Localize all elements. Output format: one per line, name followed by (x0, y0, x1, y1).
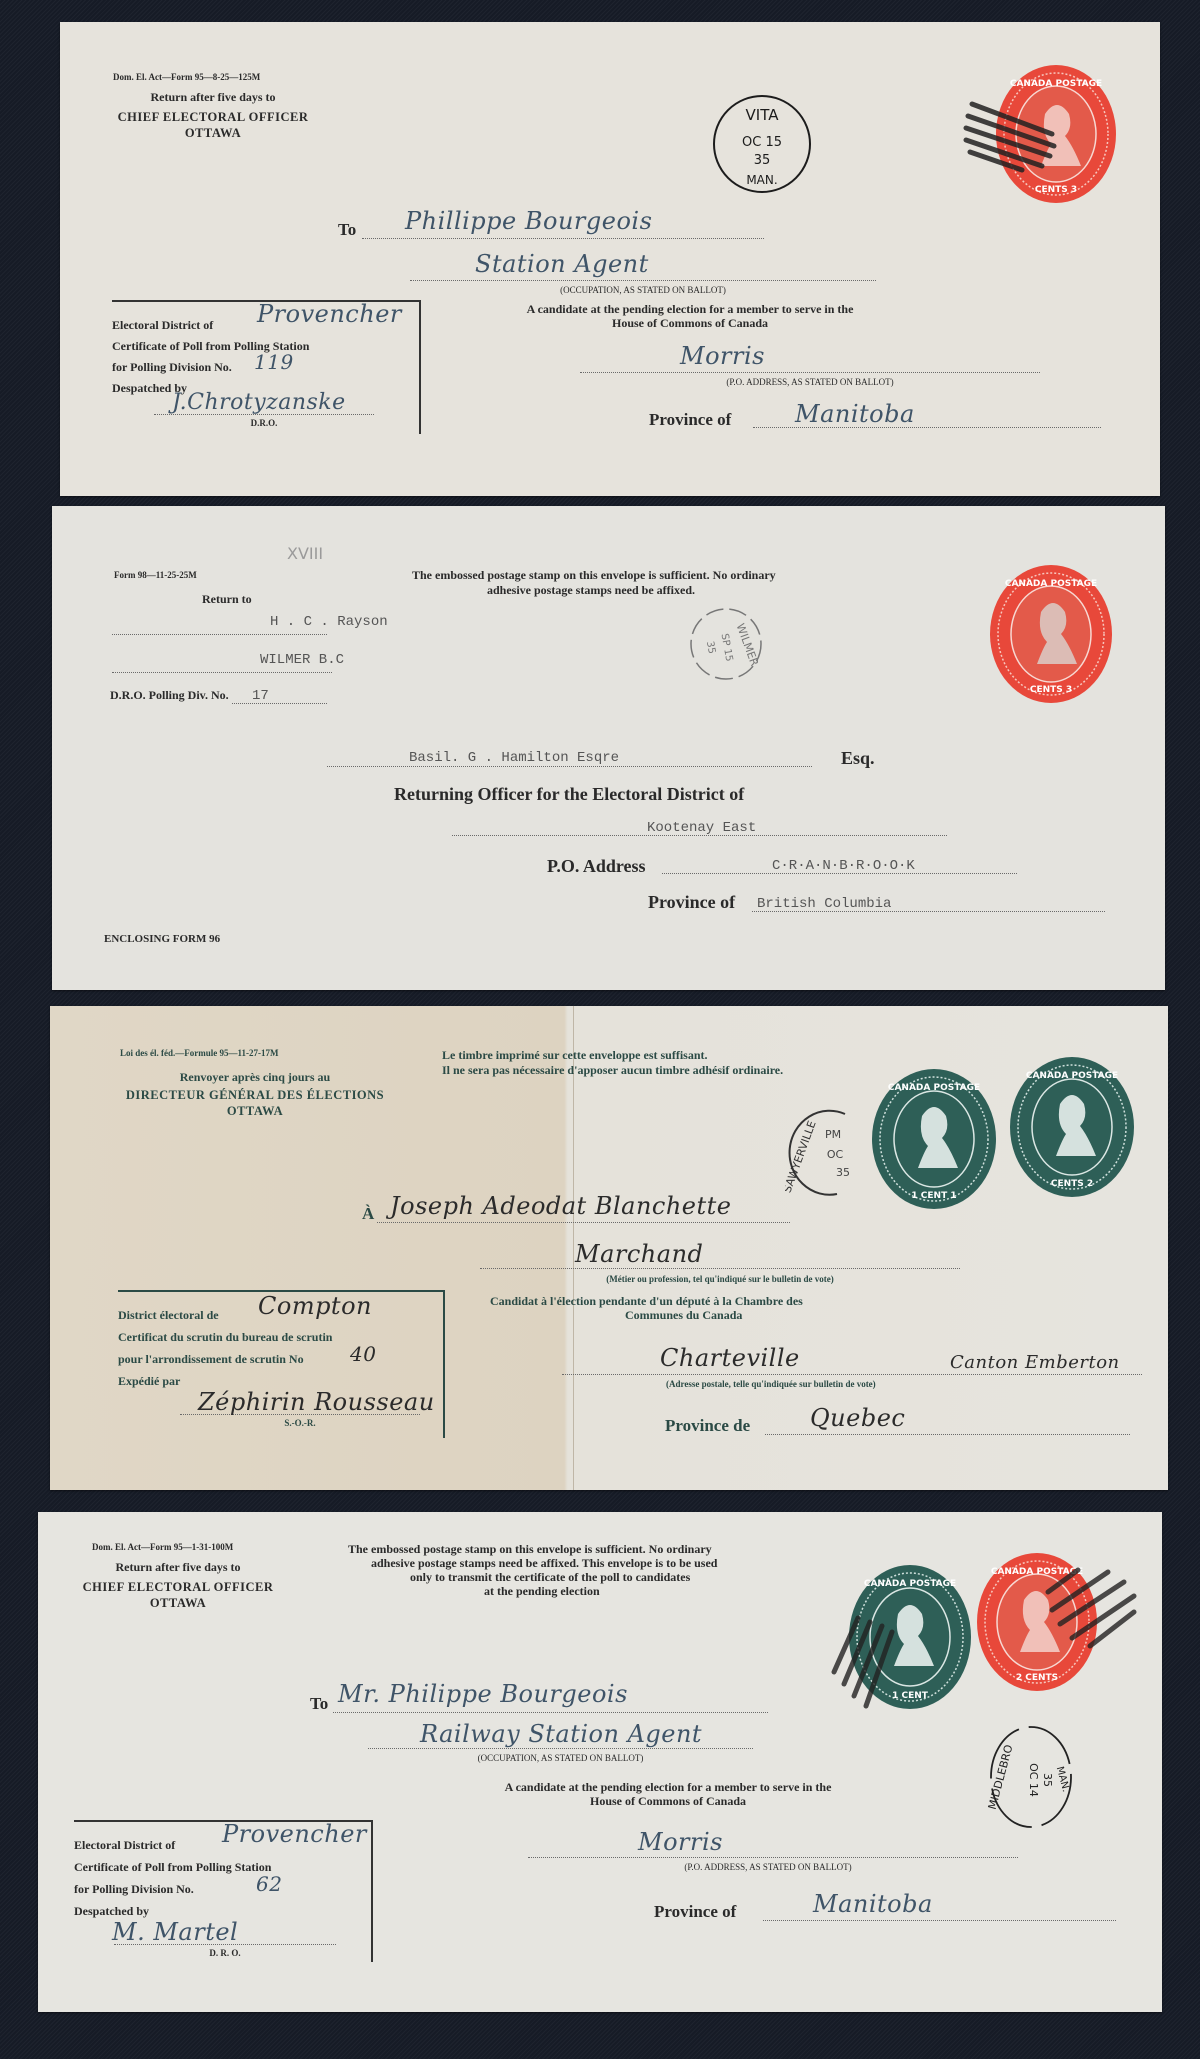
postmark-middlebro: MIDDLEBRO OC 14 35 MAN. (986, 1722, 1076, 1832)
signature-handwritten: Zéphirin Rousseau (198, 1388, 435, 1416)
notice-line-4: at the pending election (484, 1584, 600, 1599)
return-city: OTTAWA (100, 1104, 410, 1119)
po-address-typed: C·R·A·N·B·R·O·O·K (772, 858, 915, 874)
svg-text:CANADA POSTAGE: CANADA POSTAGE (864, 1579, 956, 1589)
candidate-line-2: House of Commons of Canada (388, 1794, 948, 1809)
cancellation-bars-red (1038, 1562, 1138, 1652)
addressee-handwritten: Joseph Adeodat Blanchette (390, 1192, 732, 1220)
polling-no-typed: 17 (252, 688, 269, 704)
candidate-line-1: A candidate at the pending election for … (410, 302, 970, 317)
signature-caption: S.-O.-R. (180, 1418, 420, 1428)
district-label: Electoral District of (112, 318, 213, 333)
occupation-handwritten: Railway Station Agent (420, 1720, 702, 1748)
return-place-typed: WILMER B.C (260, 652, 344, 668)
envelope-3: Loi des él. féd.—Formule 95—11-27-17M Re… (50, 1006, 1168, 1490)
district-typed: Kootenay East (647, 820, 756, 836)
envelope-2: Form 98—11-25-25M XVIII The embossed pos… (52, 506, 1165, 990)
occupation-caption: (OCCUPATION, AS STATED ON BALLOT) (368, 1753, 753, 1763)
district-handwritten: Provencher (222, 1820, 367, 1848)
envelope-4: Dom. El. Act—Form 95—1-31-100M Return af… (38, 1512, 1162, 2012)
signature-caption: D. R. O. (114, 1948, 336, 1958)
candidate-line-2: House of Commons of Canada (410, 316, 970, 331)
division-label: for Polling Division No. (74, 1882, 194, 1897)
district-handwritten: Provencher (257, 300, 402, 328)
province-handwritten: Manitoba (813, 1890, 933, 1918)
certificate-box: Electoral District of Provencher Certifi… (112, 300, 421, 434)
return-org: CHIEF ELECTORAL OFFICER (68, 1580, 288, 1595)
po-label: P.O. Address (547, 856, 646, 877)
postmark-wilmer: WILMER SP 15 35 (688, 606, 764, 682)
svg-text:SP 15: SP 15 (719, 633, 735, 663)
province-label: Province of (649, 410, 731, 430)
form-number: Dom. El. Act—Form 95—8-25—125M (113, 72, 260, 82)
despatched-label: Expédié par (118, 1374, 180, 1389)
notice-line-3: only to transmit the certificate of the … (410, 1570, 690, 1585)
notice-line-1: The embossed postage stamp on this envel… (412, 568, 776, 583)
postmark-sawyerville: SAWYERVILLE PM OC 35 (785, 1106, 871, 1198)
candidate-line-2: Communes du Canada (625, 1308, 742, 1323)
occupation-handwritten: Station Agent (475, 250, 649, 278)
district-label: District électoral de (118, 1308, 219, 1323)
to-label: To (338, 220, 356, 240)
return-line: Renvoyer après cinq jours au (100, 1070, 410, 1085)
po-address-handwritten: Morris (638, 1828, 723, 1856)
province-label: Province of (648, 892, 735, 913)
form-number: Form 98—11-25-25M (114, 570, 197, 580)
svg-text:CENTS 3: CENTS 3 (1035, 185, 1077, 195)
addressee-handwritten: Mr. Philippe Bourgeois (338, 1680, 628, 1708)
svg-text:CENTS 3: CENTS 3 (1030, 685, 1072, 695)
addressee-handwritten: Phillippe Bourgeois (405, 207, 652, 235)
division-label: for Polling Division No. (112, 360, 232, 375)
candidate-line-1: A candidate at the pending election for … (388, 1780, 948, 1795)
division-handwritten: 119 (254, 350, 294, 374)
svg-text:35: 35 (704, 640, 717, 654)
svg-text:1 CENT 1: 1 CENT 1 (911, 1191, 956, 1201)
enclosing-form: ENCLOSING FORM 96 (104, 933, 220, 945)
svg-text:CANADA POSTAGE: CANADA POSTAGE (1026, 1071, 1118, 1081)
province-typed: British Columbia (757, 896, 891, 912)
return-org: DIRECTEUR GÉNÉRAL DES ÉLECTIONS (100, 1088, 410, 1103)
to-label: À (362, 1204, 374, 1224)
po-caption: (Adresse postale, telle qu'indiquée sur … (666, 1379, 876, 1389)
postmark-vita: VITA OC 15 35 MAN. (712, 94, 812, 194)
division-label: pour l'arrondissement de scrutin No (118, 1352, 304, 1367)
occupation-caption: (OCCUPATION, AS STATED ON BALLOT) (410, 285, 876, 295)
province-label: Province of (654, 1902, 736, 1922)
po-caption: (P.O. ADDRESS, AS STATED ON BALLOT) (580, 377, 1040, 387)
province-handwritten: Manitoba (795, 400, 915, 428)
svg-text:CANADA POSTAGE: CANADA POSTAGE (888, 1083, 980, 1093)
return-to-label: Return to (202, 592, 252, 607)
division-handwritten: 40 (350, 1342, 376, 1366)
return-city: OTTAWA (108, 126, 318, 141)
despatched-label: Despatched by (74, 1904, 149, 1919)
to-label: To (310, 1694, 328, 1714)
return-line: Return after five days to (108, 90, 318, 105)
occupation-caption: (Métier ou profession, tel qu'indiqué su… (480, 1274, 960, 1284)
return-name-typed: H . C . Rayson (270, 614, 388, 630)
candidate-line-1: Candidat à l'élection pendante d'un dépu… (490, 1294, 803, 1309)
form-number: Dom. El. Act—Form 95—1-31-100M (92, 1542, 233, 1552)
annotation-pencil: XVIII (287, 544, 323, 563)
notice-line-1: The embossed postage stamp on this envel… (348, 1542, 712, 1557)
fold-line (573, 1006, 574, 1490)
svg-text:35: 35 (836, 1166, 850, 1179)
notice-line-1: Le timbre imprimé sur cette enveloppe es… (442, 1048, 708, 1063)
po-address-handwritten: Morris (680, 342, 765, 370)
svg-text:OC 15: OC 15 (742, 135, 782, 150)
svg-text:MAN.: MAN. (746, 173, 777, 187)
polling-label: D.R.O. Polling Div. No. (110, 688, 229, 703)
svg-text:MAN.: MAN. (1054, 1765, 1071, 1793)
embossed-stamp-1-cent: CANADA POSTAGE 1 CENT 1 (870, 1068, 998, 1210)
division-handwritten: 62 (256, 1872, 282, 1896)
district-handwritten: Compton (258, 1292, 372, 1320)
svg-text:35: 35 (1041, 1773, 1054, 1787)
po-address-handwritten: Charteville (660, 1344, 800, 1372)
signature-handwritten: J.Chrotyzanske (172, 390, 346, 415)
svg-text:OC 14: OC 14 (1027, 1763, 1040, 1797)
certificate-box: District électoral de Compton Certificat… (118, 1290, 445, 1438)
envelope-1: Dom. El. Act—Form 95—8-25—125M Return af… (60, 22, 1160, 496)
esq-label: Esq. (841, 748, 875, 769)
form-number: Loi des él. féd.—Formule 95—11-27-17M (120, 1048, 278, 1058)
notice-line-2: adhesive postage stamps need be affixed. (487, 583, 695, 598)
returning-officer-line: Returning Officer for the Electoral Dist… (394, 784, 744, 805)
certificate-line: Certificate of Poll from Polling Station (74, 1860, 271, 1875)
po-caption: (P.O. ADDRESS, AS STATED ON BALLOT) (638, 1862, 898, 1872)
svg-text:PM: PM (825, 1128, 841, 1141)
svg-text:OC: OC (827, 1148, 844, 1161)
po-extra-handwritten: Canton Emberton (950, 1352, 1120, 1373)
return-org: CHIEF ELECTORAL OFFICER (108, 110, 318, 125)
occupation-handwritten: Marchand (575, 1240, 703, 1268)
svg-text:CENTS 2: CENTS 2 (1051, 1179, 1093, 1189)
embossed-stamp-3-cents: CANADA POSTAGE CENTS 3 (989, 564, 1114, 704)
signature-handwritten: M. Martel (112, 1918, 238, 1946)
province-handwritten: Quebec (810, 1404, 905, 1432)
cancellation-bars-green (828, 1612, 898, 1712)
addressee-typed: Basil. G . Hamilton Esqre (409, 750, 619, 766)
svg-text:2 CENTS: 2 CENTS (1016, 1673, 1058, 1683)
district-label: Electoral District of (74, 1838, 175, 1853)
svg-text:35: 35 (754, 153, 771, 168)
svg-text:VITA: VITA (746, 106, 780, 124)
return-line: Return after five days to (68, 1560, 288, 1575)
svg-text:CANADA POSTAGE: CANADA POSTAGE (1010, 79, 1102, 89)
notice-line-2: Il ne sera pas nécessaire d'apposer aucu… (442, 1063, 783, 1078)
return-city: OTTAWA (68, 1596, 288, 1611)
svg-text:CANADA POSTAGE: CANADA POSTAGE (1005, 579, 1097, 589)
notice-line-2: adhesive postage stamps need be affixed.… (371, 1556, 717, 1571)
embossed-stamp-2-cents: CANADA POSTAGE CENTS 2 (1008, 1056, 1136, 1198)
certificate-box: Electoral District of Provencher Certifi… (74, 1820, 373, 1962)
certificate-line: Certificat du scrutin du bureau de scrut… (118, 1330, 332, 1345)
signature-caption: D.R.O. (154, 418, 374, 428)
cancellation-bars (962, 94, 1072, 174)
province-label: Province de (665, 1416, 750, 1436)
